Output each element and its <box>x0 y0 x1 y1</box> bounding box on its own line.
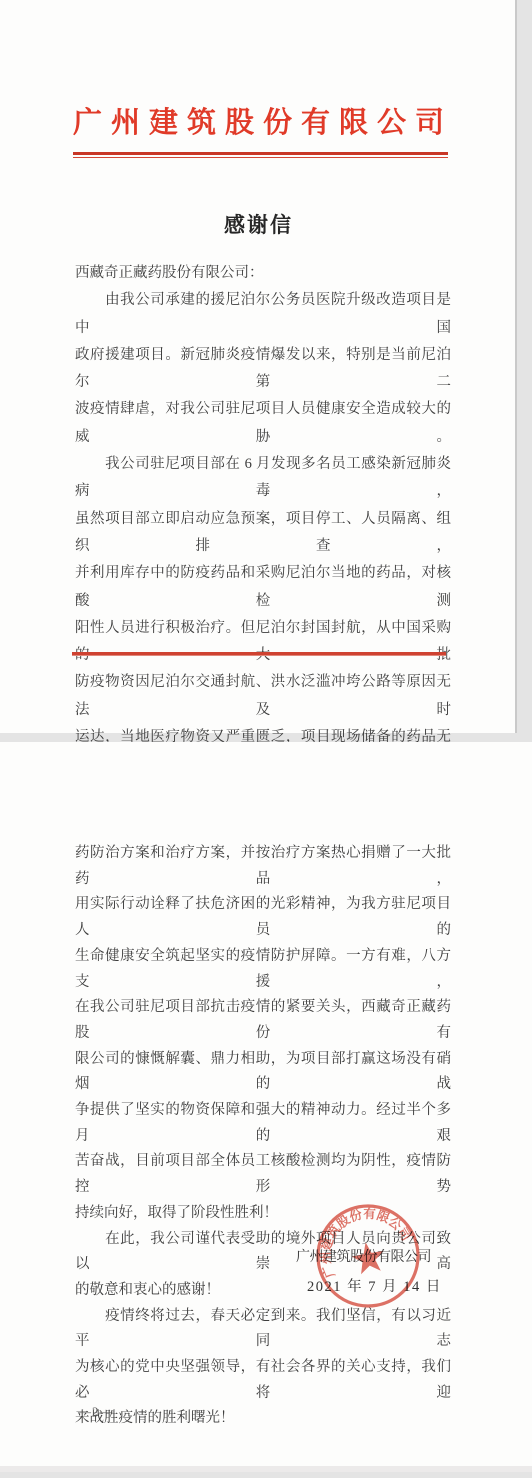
page-number: —2— <box>78 1404 114 1420</box>
page-footer-red-rule <box>72 652 446 656</box>
body-line: 我公司驻尼项目部在 6 月发现多名员工感染新冠肺炎病毒， <box>75 451 451 506</box>
page-1: 广州建筑股份有限公司 感谢信 西藏奇正藏药股份有限公司： 由我公司承建的援尼泊尔… <box>0 0 517 733</box>
letterhead-company-name: 广州建筑股份有限公司 <box>0 100 517 141</box>
body-line: 为核心的党中央坚强领导，有社会各界的关心支持，我们必将迎 <box>75 1355 451 1406</box>
body-line: 药防治方案和治疗方案，并按治疗方案热心捐赠了一大批药品， <box>75 841 451 892</box>
body-line: 并利用库存中的防疫药品和采购尼泊尔当地的药品，对核酸检测 <box>75 560 451 615</box>
body-line: 争提供了坚实的物资保障和强大的精神动力。经过半个多月的艰 <box>75 1098 451 1149</box>
body-line: 苦奋战，目前项目部全体员工核酸检测均为阴性，疫情防控形势 <box>75 1149 451 1200</box>
body-line: 波疫情肆虐，对我公司驻尼项目人员健康安全造成较大的威胁。 <box>75 396 451 451</box>
body-line: 阳性人员进行积极治疗。但尼泊尔封国封航，从中国采购的大批 <box>75 615 451 670</box>
body-line: 政府援建项目。新冠肺炎疫情爆发以来，特别是当前尼泊尔第二 <box>75 342 451 397</box>
body-line: 由我公司承建的援尼泊尔公务员医院升级改造项目是中国 <box>75 287 451 342</box>
body-line: 西藏奇正藏药股份有限公司： <box>75 260 451 287</box>
document-title: 感谢信 <box>0 209 517 239</box>
body-text-page-2: 药防治方案和治疗方案，并按治疗方案热心捐赠了一大批药品，用实际行动诠释了扶危济困… <box>75 841 451 1432</box>
body-line: 在我公司驻尼项目部抗击疫情的紧要关头，西藏奇正藏药股份有 <box>75 995 451 1046</box>
body-line: 疫情终将过去，春天必定到来。我们坚信，有以习近平同志 <box>75 1304 451 1355</box>
body-line: 限公司的慷慨解囊、鼎力相助，为项目部打赢这场没有硝烟的战 <box>75 1047 451 1098</box>
star-icon <box>350 1239 387 1275</box>
body-line: 生命健康安全筑起坚实的疫情防护屏障。一方有难，八方支援， <box>75 944 451 995</box>
body-line: 用实际行动诠释了扶危济困的光彩精神，为我方驻尼项目人员的 <box>75 892 451 943</box>
body-line: 虽然项目部立即启动应急预案，项目停工、人员隔离、组织排查， <box>75 506 451 561</box>
letterhead-double-rule <box>73 152 448 158</box>
company-stamp-icon: 广州建筑股份有限公司 <box>304 1192 431 1319</box>
body-line: 防疫物资因尼泊尔交通封航、洪水泛滥冲垮公路等原因无法及时 <box>75 669 451 724</box>
body-line: 来战胜疫情的胜利曙光！ <box>75 1406 451 1432</box>
page-2: 药防治方案和治疗方案，并按治疗方案热心捐赠了一大批药品，用实际行动诠释了扶危济困… <box>0 742 532 1472</box>
